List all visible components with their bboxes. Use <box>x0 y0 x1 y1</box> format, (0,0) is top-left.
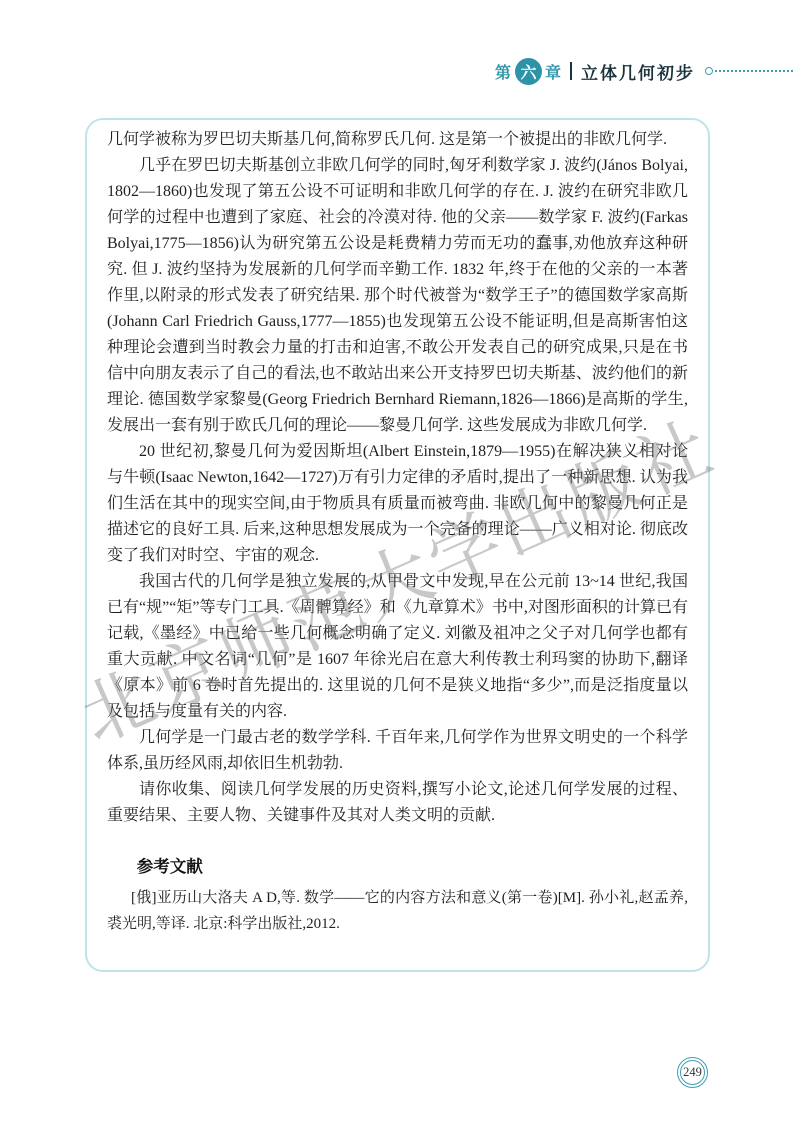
paragraph: 请你收集、阅读几何学发展的历史资料,撰写小论文,论述几何学发展的过程、重要结果、… <box>107 777 688 829</box>
chapter-title: 立体几何初步 <box>581 59 695 84</box>
page-number: 249 <box>680 1060 705 1085</box>
chapter-prefix-label: 第 <box>495 60 512 83</box>
references-heading: 参考文献 <box>107 853 688 877</box>
paragraph: 几乎在罗巴切夫斯基创立非欧几何学的同时,匈牙利数学家 J. 波约(János B… <box>107 153 688 439</box>
references-section: 参考文献 [俄]亚历山大洛夫 A D,等. 数学——它的内容方法和意义(第一卷)… <box>107 853 688 937</box>
chapter-header: 第 六 章 立体几何初步 <box>0 54 793 88</box>
content-box: 几何学被称为罗巴切夫斯基几何,简称罗氏几何. 这是第一个被提出的非欧几何学. 几… <box>85 118 710 972</box>
chapter-suffix-label: 章 <box>545 60 562 83</box>
reference-item: [俄]亚历山大洛夫 A D,等. 数学——它的内容方法和意义(第一卷)[M]. … <box>107 885 688 937</box>
textbook-page: 第 六 章 立体几何初步 几何学被称为罗巴切夫斯基几何,简称罗氏几何. 这是第一… <box>0 0 793 1123</box>
paragraph: 我国古代的几何学是独立发展的,从甲骨文中发现,早在公元前 13~14 世纪,我国… <box>107 569 688 725</box>
chapter-number-badge: 六 <box>515 58 542 85</box>
paragraph: 几何学是一门最古老的数学学科. 千百年来,几何学作为世界文明史的一个科学体系,虽… <box>107 725 688 777</box>
header-divider <box>570 62 572 80</box>
line-start-ring-icon <box>705 67 713 75</box>
dotted-line <box>715 70 793 72</box>
paragraph: 几何学被称为罗巴切夫斯基几何,简称罗氏几何. 这是第一个被提出的非欧几何学. <box>107 127 688 153</box>
page-number-badge: 249 <box>677 1057 708 1088</box>
body-text: 几何学被称为罗巴切夫斯基几何,简称罗氏几何. 这是第一个被提出的非欧几何学. 几… <box>107 127 688 829</box>
paragraph: 20 世纪初,黎曼几何为爱因斯坦(Albert Einstein,1879—19… <box>107 439 688 569</box>
header-decorative-line <box>705 67 793 75</box>
